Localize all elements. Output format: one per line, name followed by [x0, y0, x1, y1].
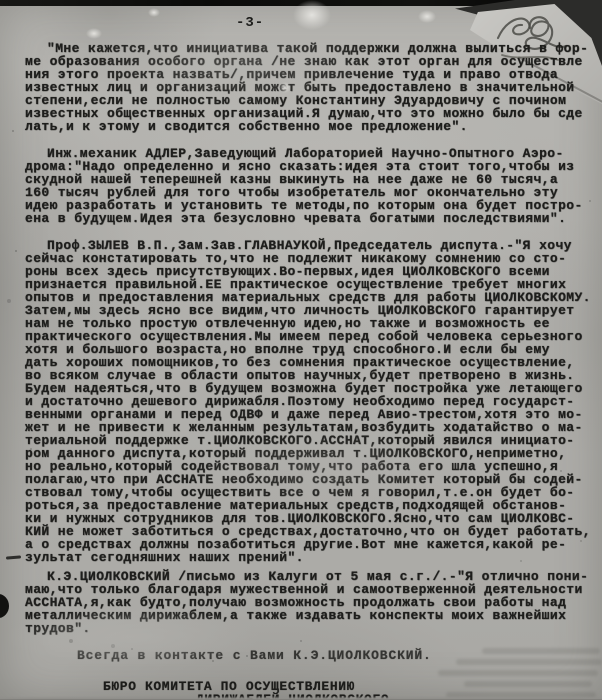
paragraph-adler-quote: Инж.механик АДЛЕР,Заведующий Лабораторие… [25, 147, 597, 225]
page-number: -3- [236, 16, 264, 30]
paragraph-proposal-quote: "Мне кажется,что инициатива такой поддер… [25, 42, 597, 133]
paper-white-spot [418, 10, 436, 23]
ink-dash-left-edge [6, 555, 21, 559]
scanned-document-page: -3- "Мне кажется,что инициатива такой по… [0, 0, 602, 700]
paragraph-zylev-quote: Проф.ЗЫЛЕВ В.П.,Зам.Зав.ГЛАВНАУКОЙ,Предс… [25, 239, 597, 564]
paragraph-tsiolkovsky-letter: К.Э.ЦИОЛКОВСКИЙ /письмо из Калуги от 5 м… [25, 570, 597, 635]
paper-white-spot [148, 8, 160, 17]
paper-white-spot [86, 28, 102, 39]
paper-white-spot [279, 82, 291, 93]
scan-noise-specks [0, 0, 2, 2]
ink-blot-left-edge [0, 594, 9, 618]
scan-edge-bottom [0, 696, 602, 700]
signature-line: Всегда в контакте с Вами К.Э.ЦИОЛКОВСКИЙ… [77, 649, 597, 662]
document-body: "Мне кажется,что инициатива такой поддер… [25, 42, 597, 700]
paper-white-spot [293, 0, 331, 30]
